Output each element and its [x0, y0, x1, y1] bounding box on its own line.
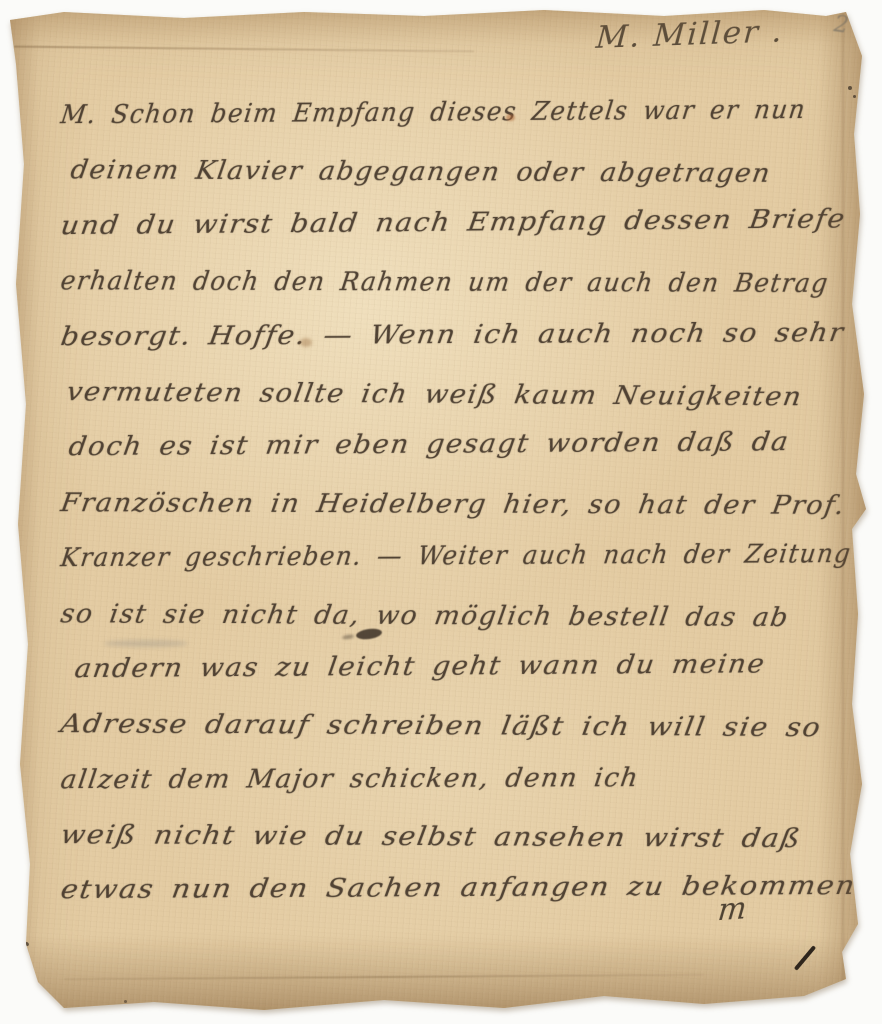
pen-stroke-mark [794, 945, 816, 971]
ink-smudge [104, 640, 188, 647]
handwritten-line: allzeit dem Major schicken, denn ich [60, 750, 862, 808]
rust-stain [506, 114, 515, 121]
header-addressee: M. Miller . [595, 12, 827, 56]
brown-stain [300, 338, 312, 347]
handwritten-line: besorgt. Hoffe. — Wenn ich auch noch so … [60, 305, 862, 365]
top-crease [14, 46, 474, 53]
letter-body: M. Schon beim Empfang dieses Zettels war… [60, 88, 862, 919]
paper-shadow-wrap: M. Miller . 2 M. Schon beim Empfang dies… [0, 0, 882, 1024]
handwritten-line: Adresse darauf schreiben läßt ich will s… [60, 697, 862, 757]
handwritten-line: Französchen in Heidelberg hier, so hat d… [60, 476, 862, 534]
handwritten-line: und du wirst bald nach Empfang dessen Br… [60, 192, 862, 254]
handwritten-line: Kranzer geschrieben. — Weiter auch nach … [60, 527, 862, 587]
handwritten-line: doch es ist mir eben gesagt worden daß d… [68, 415, 862, 476]
ink-speck [124, 1000, 127, 1003]
page-number-pencil: 2 [832, 11, 850, 39]
ink-speck [23, 941, 29, 947]
ink-speck [853, 95, 856, 98]
catchword-squiggle: m [716, 891, 750, 928]
ink-speck [848, 86, 852, 90]
scanned-letter-page: M. Miller . 2 M. Schon beim Empfang dies… [0, 0, 882, 1024]
letter-paper: M. Miller . 2 M. Schon beim Empfang dies… [4, 4, 870, 1016]
handwritten-line: erhalten doch den Rahmen um der auch den… [60, 254, 862, 312]
handwritten-line: M. Schon beim Empfang dieses Zettels war… [60, 82, 862, 143]
handwritten-line: andern was zu leicht geht wann du meine [74, 636, 862, 697]
bottom-crease [64, 974, 704, 980]
